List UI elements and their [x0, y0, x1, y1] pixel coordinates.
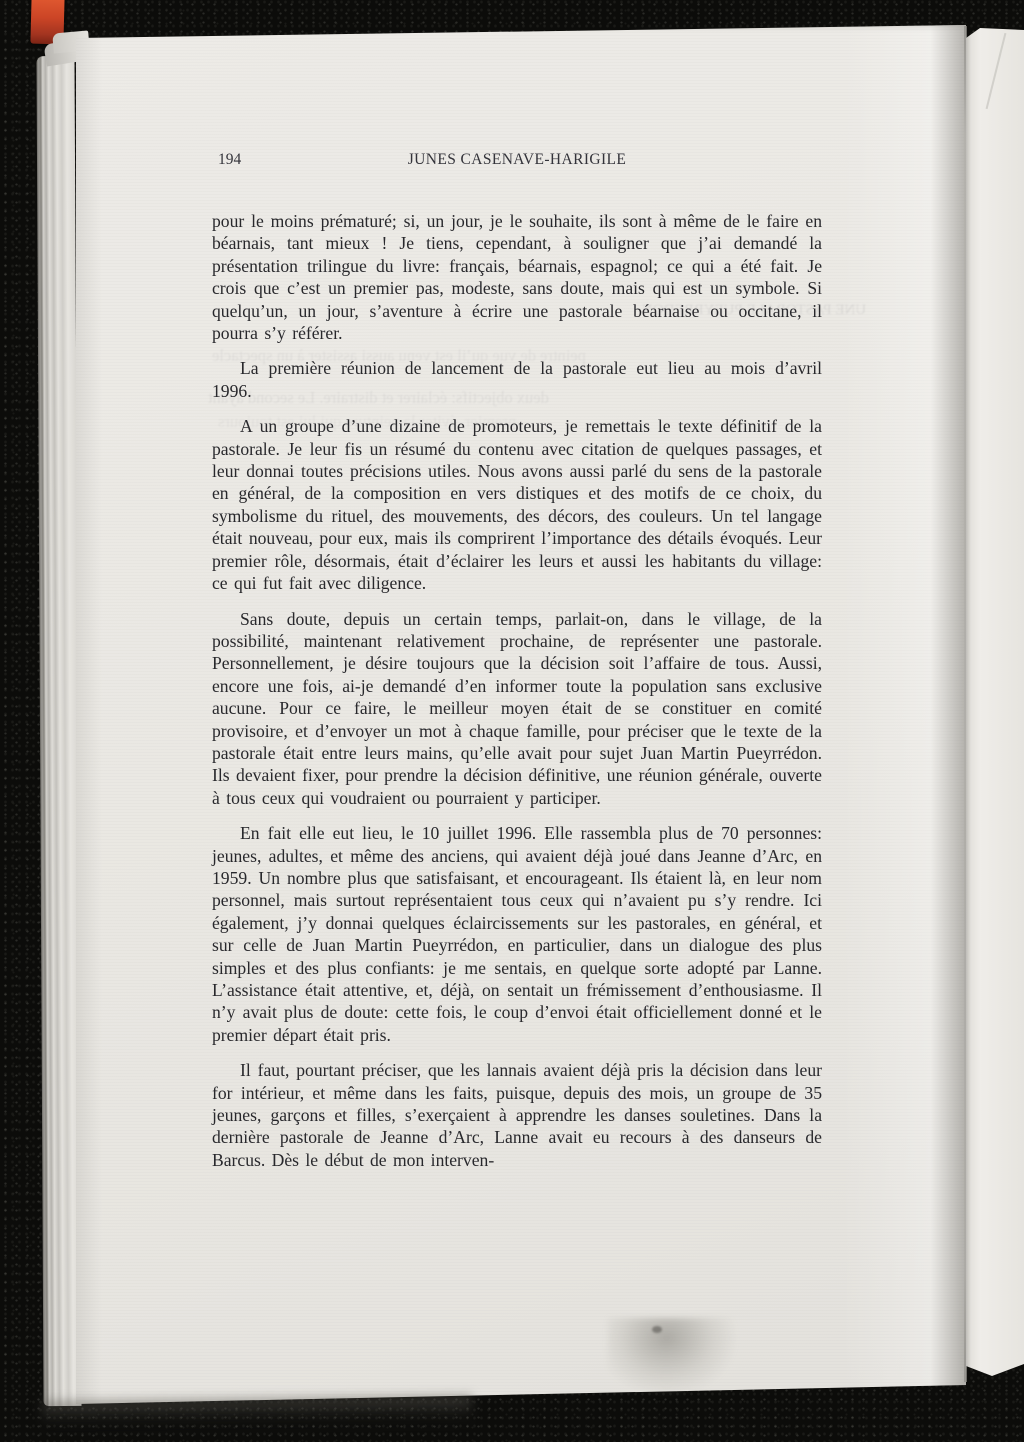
book-photo: 194 JUNES CASENAVE-HARIGILE UNE PASTORAL…	[0, 0, 1024, 1442]
body-paragraph: La première réunion de lancement de la p…	[212, 357, 822, 402]
body-paragraph: pour le moins prématuré; si, un jour, je…	[212, 210, 822, 344]
paper-crease-smudge	[608, 1318, 738, 1398]
text-column: 194 JUNES CASENAVE-HARIGILE UNE PASTORAL…	[212, 150, 822, 1171]
body-paragraph: En fait elle eut lieu, le 10 juillet 199…	[212, 822, 822, 1046]
body-text: pour le moins prématuré; si, un jour, je…	[212, 210, 822, 1171]
facing-page-sliver	[966, 24, 1024, 1386]
body-paragraph: Sans doute, depuis un certain temps, par…	[212, 608, 822, 810]
page-header: 194 JUNES CASENAVE-HARIGILE	[212, 150, 822, 170]
paper-crease-dent	[652, 1326, 662, 1333]
page-stack-edges-left	[36, 56, 81, 1406]
running-head: JUNES CASENAVE-HARIGILE	[212, 150, 822, 170]
body-paragraph: Il faut, pourtant préciser, que les lann…	[212, 1059, 822, 1171]
page-bottom-shadow	[42, 1395, 472, 1435]
body-paragraph: A un groupe d’une dizaine de promoteurs,…	[212, 415, 822, 594]
